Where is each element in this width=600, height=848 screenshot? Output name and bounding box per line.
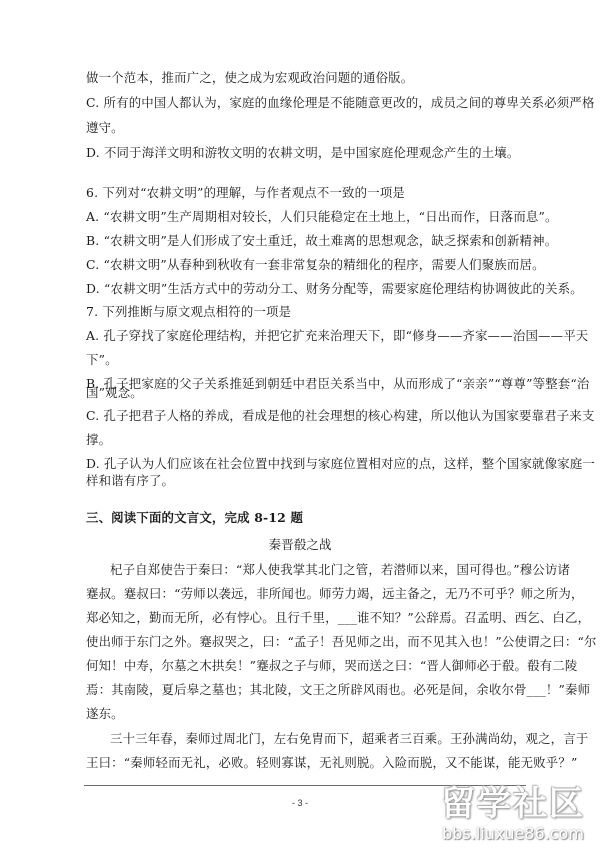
question-7-option-c-line2: 撑。 [86,432,520,448]
question-6-stem: 6. 下列对“农耕文明”的理解，与作者观点不一致的一项是 [86,185,520,201]
passage-line-4: 使出师于东门之外。蹇叔哭之，曰：“孟子！吾见师之出，而不见其入也！”公使谓之曰：… [86,634,520,650]
question-6-option-c: C. “农耕文明”从春种到秋收有一套非常复杂的精细化的程序，需要人们聚族而居。 [86,257,520,273]
passage-line-7: 遂东。 [86,706,520,722]
passage-line-9: 王曰：“秦师轻而无礼，必败。轻则寡谋，无礼则脱。入险而脱，又不能谋，能无败乎？” [86,755,520,771]
question-7-option-a-line2: 下”。 [86,352,520,368]
passage-line-6: 焉：其南陵，夏后皋之墓也；其北陵，文王之所辟风雨也。必死是间，余收尔骨___！”… [86,682,520,698]
question-7-option-d-line1: D. 孔子认为人们应该在社会位置中找到与家庭位置相对应的点，这样，整个国家就像家… [86,456,520,472]
passage-line-8: 三十三年春，秦师过周北门，左右免胄而下，超乘者三百乘。王孙满尚幼，观之，言于 [110,731,520,747]
section-3-heading: 三、阅读下面的文言文，完成 8-12 题 [86,510,520,526]
question-6-option-d: D. “农耕文明”生活方式中的劳动分工、财务分配等，需要家庭伦理结构协调彼此的关… [86,281,520,297]
question-7-option-d-line2: 样和谐有序了。 [86,473,520,489]
question-7-option-c-line1: C. 孔子把君子人格的养成，看成是他的社会理想的核心构建，所以他认为国家要靠君子… [86,408,520,424]
option-text-continuation: 做一个范本，推而广之，使之成为宏观政治问题的通俗版。 [86,70,520,86]
option-d: D. 不同于海洋文明和游牧文明的农耕文明，是中国家庭伦理观念产生的土壤。 [86,145,520,161]
option-c-line2: 遵守。 [86,120,520,136]
passage-line-1: 杞子自郑使告于秦曰：“郑人使我掌其北门之管，若潜师以来，国可得也。”穆公访诸 [110,562,520,578]
watermark: 留学社区 bbs.liuxue86.com [428,784,598,846]
passage-line-5: 何知！中寿，尔墓之木拱矣！”蹇叔之子与师，哭而送之曰：“晋人御师必于殽。殽有二陵 [86,658,520,674]
question-6-option-a: A. “农耕文明”生产周期相对较长，人们只能稳定在土地上，“日出而作，日落而息”… [86,209,520,225]
document-page: 做一个范本，推而广之，使之成为宏观政治问题的通俗版。 C. 所有的中国人都认为，… [0,0,600,848]
watermark-url: bbs.liuxue86.com [428,824,598,844]
question-7-stem: 7. 下列推断与原文观点相符的一项是 [86,304,520,320]
option-c-line1: C. 所有的中国人都认为，家庭的血缘伦理是不能随意更改的，成员之间的尊卑关系必须… [86,95,520,111]
question-7-option-b-line2: 国”观念。 [86,385,520,401]
passage-line-3: 郑必知之，勤而无所，必有悖心。且行千里，___谁不知？”公辞焉。召孟明、西乞、白… [86,610,520,626]
passage-line-2: 蹇叔。蹇叔曰：“劳师以袭远，非所闻也。师劳力竭，远主备之，无乃不可乎？师之所为， [86,586,520,602]
question-7-option-a-line1: A. 孔子穿找了家庭伦理结构，并把它扩充来治理天下，即“修身——齐家——治国——… [86,328,520,344]
page-number: - 3 - [280,798,320,808]
watermark-logo-text: 留学社区 [428,784,598,824]
passage-title: 秦晋殽之战 [0,537,600,553]
question-6-option-b: B. “农耕文明”是人们形成了安土重迁，故土难离的思想观念，缺乏探索和创新精神。 [86,233,520,249]
